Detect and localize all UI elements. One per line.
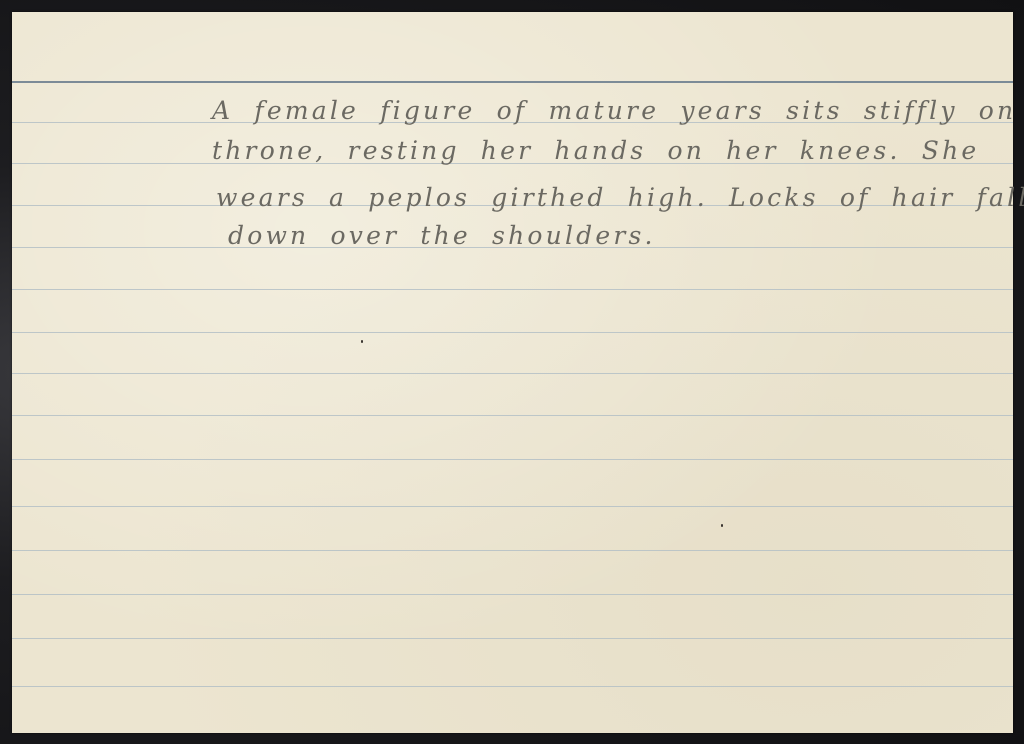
ruled-line bbox=[12, 289, 1013, 290]
header-rule bbox=[12, 81, 1013, 83]
handwritten-line-2: throne, resting her hands on her knees. … bbox=[212, 136, 979, 165]
ruled-line bbox=[12, 638, 1013, 639]
handwritten-line-3: wears a peplos girthed high. Locks of ha… bbox=[216, 183, 1024, 212]
ink-speck bbox=[721, 524, 723, 527]
ink-speck bbox=[361, 340, 363, 343]
handwritten-line-4: down over the shoulders. bbox=[228, 221, 656, 250]
ruled-line bbox=[12, 594, 1013, 595]
ruled-line bbox=[12, 550, 1013, 551]
handwritten-line-1: A female figure of mature years sits sti… bbox=[212, 96, 1024, 125]
ruled-line bbox=[12, 332, 1013, 333]
ruled-line bbox=[12, 373, 1013, 374]
ruled-line bbox=[12, 415, 1013, 416]
ruled-line bbox=[12, 506, 1013, 507]
ruled-line bbox=[12, 686, 1013, 687]
ruled-line bbox=[12, 459, 1013, 460]
